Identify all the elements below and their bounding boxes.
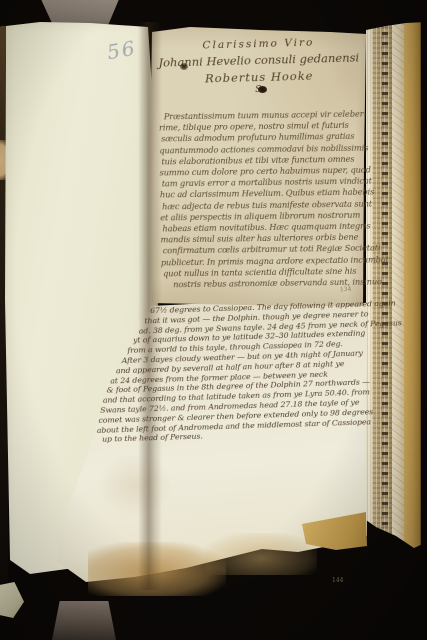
ink-blot xyxy=(258,86,267,93)
fore-edge-ink-marks xyxy=(382,22,388,550)
manuscript-photo: 56 Clarissimo Viro Johanni Hevelio consu… xyxy=(0,0,427,640)
paper-stain xyxy=(205,533,317,575)
ink-blot xyxy=(180,63,188,70)
fore-edge-cover-strip xyxy=(404,22,421,550)
book-cover-sliver xyxy=(0,582,24,618)
latin-letter-body: Præstantissimum tuum munus accepi vir ce… xyxy=(159,109,367,291)
faint-folio-number: 144 xyxy=(332,577,343,584)
table-strap-bottom xyxy=(52,601,116,640)
english-comet-note: 67½ degrees to Cassiopea. The day follow… xyxy=(92,299,374,445)
fore-edge-light-strip xyxy=(392,22,404,550)
faint-folio-number: 134 xyxy=(340,286,352,294)
pencil-folio-number: 56 xyxy=(105,36,138,65)
